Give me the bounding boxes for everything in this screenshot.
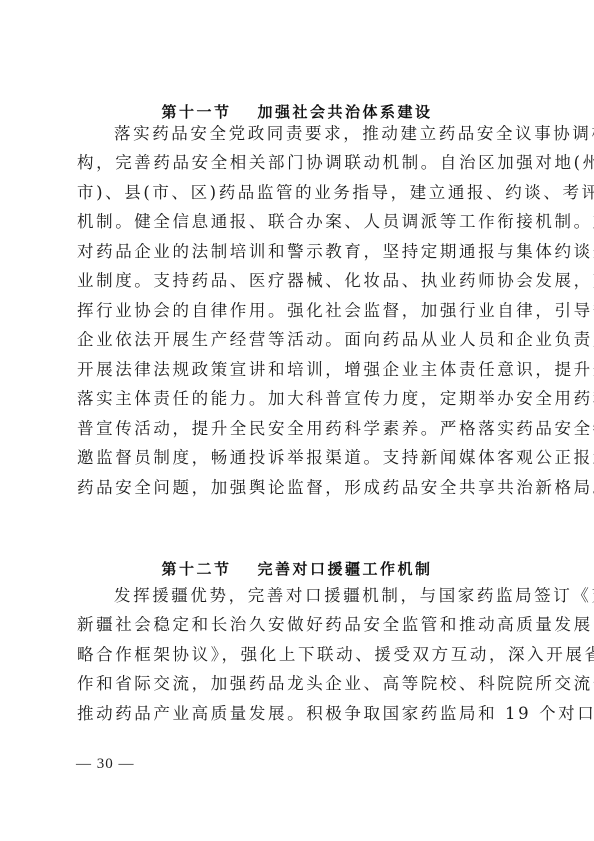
paragraph-line: 落实主体责任的能力。加大科普宣传力度，定期举办安全用药科: [77, 389, 517, 409]
section-title: 完善对口援疆工作机制: [258, 560, 433, 578]
paragraph-line: 市)、县(市、区)药品监管的业务指导，建立通报、约谈、考评等工作: [77, 183, 517, 203]
paragraph-line: 对药品企业的法制培训和警示教育，坚持定期通报与集体约谈企: [77, 242, 517, 262]
paragraph-line: 开展法律法规政策宣讲和培训，增强企业主体责任意识，提升企业: [77, 360, 517, 380]
paragraph-line: 邀监督员制度，畅通投诉举报渠道。支持新闻媒体客观公正报道: [77, 448, 517, 468]
section-heading-11: 第十一节加强社会共治体系建设: [0, 101, 594, 122]
section-heading-12: 第十二节完善对口援疆工作机制: [0, 558, 594, 579]
section-title: 加强社会共治体系建设: [258, 103, 433, 121]
paragraph-line: 业制度。支持药品、医疗器械、化妆品、执业药师协会发展，充分发: [77, 271, 517, 291]
paragraph-line: 挥行业协会的自律作用。强化社会监督，加强行业自律，引导督促: [77, 301, 517, 321]
page-number: — 30 —: [76, 756, 135, 773]
paragraph-line: 企业依法开展生产经营等活动。面向药品从业人员和企业负责人: [77, 330, 517, 350]
document-page: 第十一节加强社会共治体系建设 落实药品安全党政同责要求，推动建立药品安全议事协调…: [0, 0, 594, 841]
paragraph-line: 新疆社会稳定和长治久安做好药品安全监管和推动高质量发展战: [77, 615, 517, 635]
paragraph-line: 作和省际交流，加强药品龙头企业、高等院校、科院院所交流合作，: [77, 674, 517, 694]
paragraph-line: 普宣传活动，提升全民安全用药科学素养。严格落实药品安全特: [77, 419, 517, 439]
paragraph-line: 药品安全问题，加强舆论监督，形成药品安全共享共治新格局。: [77, 478, 517, 498]
paragraph-line: 推动药品产业高质量发展。积极争取国家药监局和 19 个对口援: [77, 704, 517, 724]
section-number: 第十一节: [161, 103, 231, 121]
paragraph-line: 机制。健全信息通报、联合办案、人员调派等工作衔接机制。加强: [77, 212, 517, 232]
paragraph-line: 构，完善药品安全相关部门协调联动机制。自治区加强对地(州、: [77, 153, 517, 173]
paragraph-line: 略合作框架协议》，强化上下联动、援受双方互动，深入开展省部协: [77, 645, 517, 665]
paragraph-line: 发挥援疆优势，完善对口援疆机制，与国家药监局签订《支持: [114, 586, 517, 606]
section-number: 第十二节: [161, 560, 231, 578]
paragraph-line: 落实药品安全党政同责要求，推动建立药品安全议事协调机: [114, 124, 517, 144]
